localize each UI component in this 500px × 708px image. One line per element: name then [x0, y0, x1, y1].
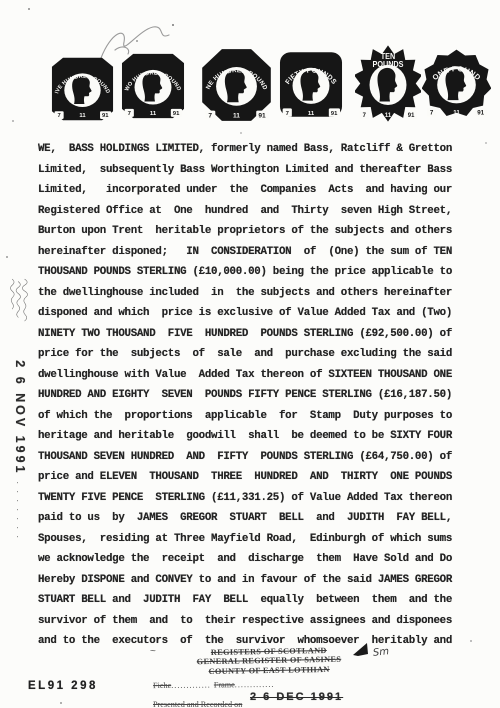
fiche-label: Fiche [153, 681, 171, 690]
svg-text:7: 7 [57, 113, 60, 119]
deed-line: TWENTY FIVE PENCE STERLING (£11,331.25) … [38, 488, 478, 509]
recording-reference: EL91 298 [28, 680, 98, 692]
deed-line: NINETY TWO THOUSAND FIVE HUNDRED POUNDS … [38, 324, 478, 345]
handwriting-squiggle [3, 278, 37, 354]
revenue-stamp-ten-pounds: TENPOUNDS71191 [355, 44, 421, 123]
deed-page: FIVE HUNDRED POUNDS71191TWO HUNDRED POUN… [0, 0, 500, 708]
deed-line: we acknowledge the receipt and discharge… [38, 549, 478, 570]
deed-line: disponed and which price is exclusive of… [38, 303, 478, 324]
revenue-stamp-fifty-pounds: FIFTY POUNDS71191 [278, 49, 344, 120]
deed-line: WE, BASS HOLDINGS LIMITED, formerly name… [38, 139, 478, 160]
svg-text:7: 7 [363, 112, 367, 119]
presented-recorded-line: Presented and Recorded on [153, 700, 242, 708]
revenue-stamp-one-hundred-pounds: ONE HUNDRED POUNDS71191 [200, 47, 273, 123]
svg-text:11: 11 [453, 110, 460, 117]
deed-line: price and ELEVEN THOUSAND THREE HUNDRED … [38, 467, 478, 488]
svg-text:11: 11 [79, 113, 85, 119]
svg-text:11: 11 [233, 113, 240, 120]
deed-line: price for the subjects of sale and purch… [38, 344, 478, 365]
deed-line: Limited, incorporated under the Companie… [38, 180, 478, 201]
deed-line: Registered Office at One hundred and Thi… [38, 201, 478, 222]
deed-line: HUNDRED AND EIGHTY SEVEN POUNDS FIFTY PE… [38, 385, 478, 406]
sasines-stamp: REGISTERS OF SCOTLAND GENERAL REGISTER O… [163, 645, 375, 677]
svg-text:7: 7 [208, 113, 212, 120]
deed-line: Limited, subsequently Bass Worthington L… [38, 160, 478, 181]
handwritten-initials: Sm [372, 646, 389, 659]
deed-line: THOUSAND POUNDS STERLING (£10,000.00) be… [38, 262, 478, 283]
margin-date-stamp: 2 6 NOV 1991 [13, 360, 27, 475]
svg-text:POUNDS: POUNDS [372, 60, 403, 69]
deed-line: dwellinghouse with Value Added Tax there… [38, 365, 478, 386]
svg-text:91: 91 [102, 113, 108, 119]
fiche-frame-line: Fiche............. Frame............. [153, 679, 363, 690]
margin-dots: . . . . . . . [15, 481, 25, 540]
deed-line: heritage and heritable goodwill shall be… [38, 426, 478, 447]
recorded-date-stamp: 2 6 DEC 1991 [250, 691, 343, 703]
svg-text:91: 91 [477, 110, 485, 117]
fiche-leader: ............. [171, 680, 214, 689]
frame-leader: ............. [235, 680, 275, 689]
deed-line: STUART BELL and JUDITH FAY BELL equally … [38, 590, 478, 611]
ink-blot [352, 642, 369, 657]
deed-line: Burton upon Trent heritable proprietors … [38, 221, 478, 242]
revenue-stamp-five-hundred-pounds: FIVE HUNDRED POUNDS71191 [50, 56, 115, 122]
svg-text:91: 91 [258, 113, 266, 120]
deed-line: THOUSAND SEVEN HUNDRED AND FIFTY POUNDS … [38, 447, 478, 468]
svg-text:91: 91 [173, 111, 180, 117]
deed-body-text: WE, BASS HOLDINGS LIMITED, formerly name… [38, 139, 478, 652]
svg-text:7: 7 [128, 111, 131, 117]
deed-line: Hereby DISPONE and CONVEY to and in favo… [38, 570, 478, 591]
margin-recording-stamp: 2 6 NOV 1991 . . . . . . . [3, 278, 37, 540]
deed-line: hereinafter disponed; IN CONSIDERATION o… [38, 242, 478, 263]
deed-line: the dwellinghouse included in the subjec… [38, 283, 478, 304]
svg-text:11: 11 [150, 111, 157, 117]
svg-text:91: 91 [408, 112, 415, 119]
svg-text:11: 11 [308, 111, 315, 117]
revenue-stamp-one-pound: ONE POUND71191 [422, 47, 491, 120]
scan-noise [0, 0, 2, 2]
frame-label: Frame [214, 680, 235, 689]
deed-line: paid to us by JAMES GREGOR STUART BELL a… [38, 508, 478, 529]
svg-text:7: 7 [286, 111, 289, 117]
svg-text:11: 11 [385, 112, 392, 119]
deed-line: of which the proportions applicable for … [38, 406, 478, 427]
pen-mark: ~ [150, 646, 156, 657]
revenue-stamp-two-hundred-pounds: TWO HUNDRED POUNDS71191 [120, 52, 186, 120]
deed-line: Spouses, residing at Three Mayfield Road… [38, 529, 478, 550]
svg-text:91: 91 [331, 111, 338, 117]
deed-line: survivor of them and to their respective… [38, 611, 478, 632]
